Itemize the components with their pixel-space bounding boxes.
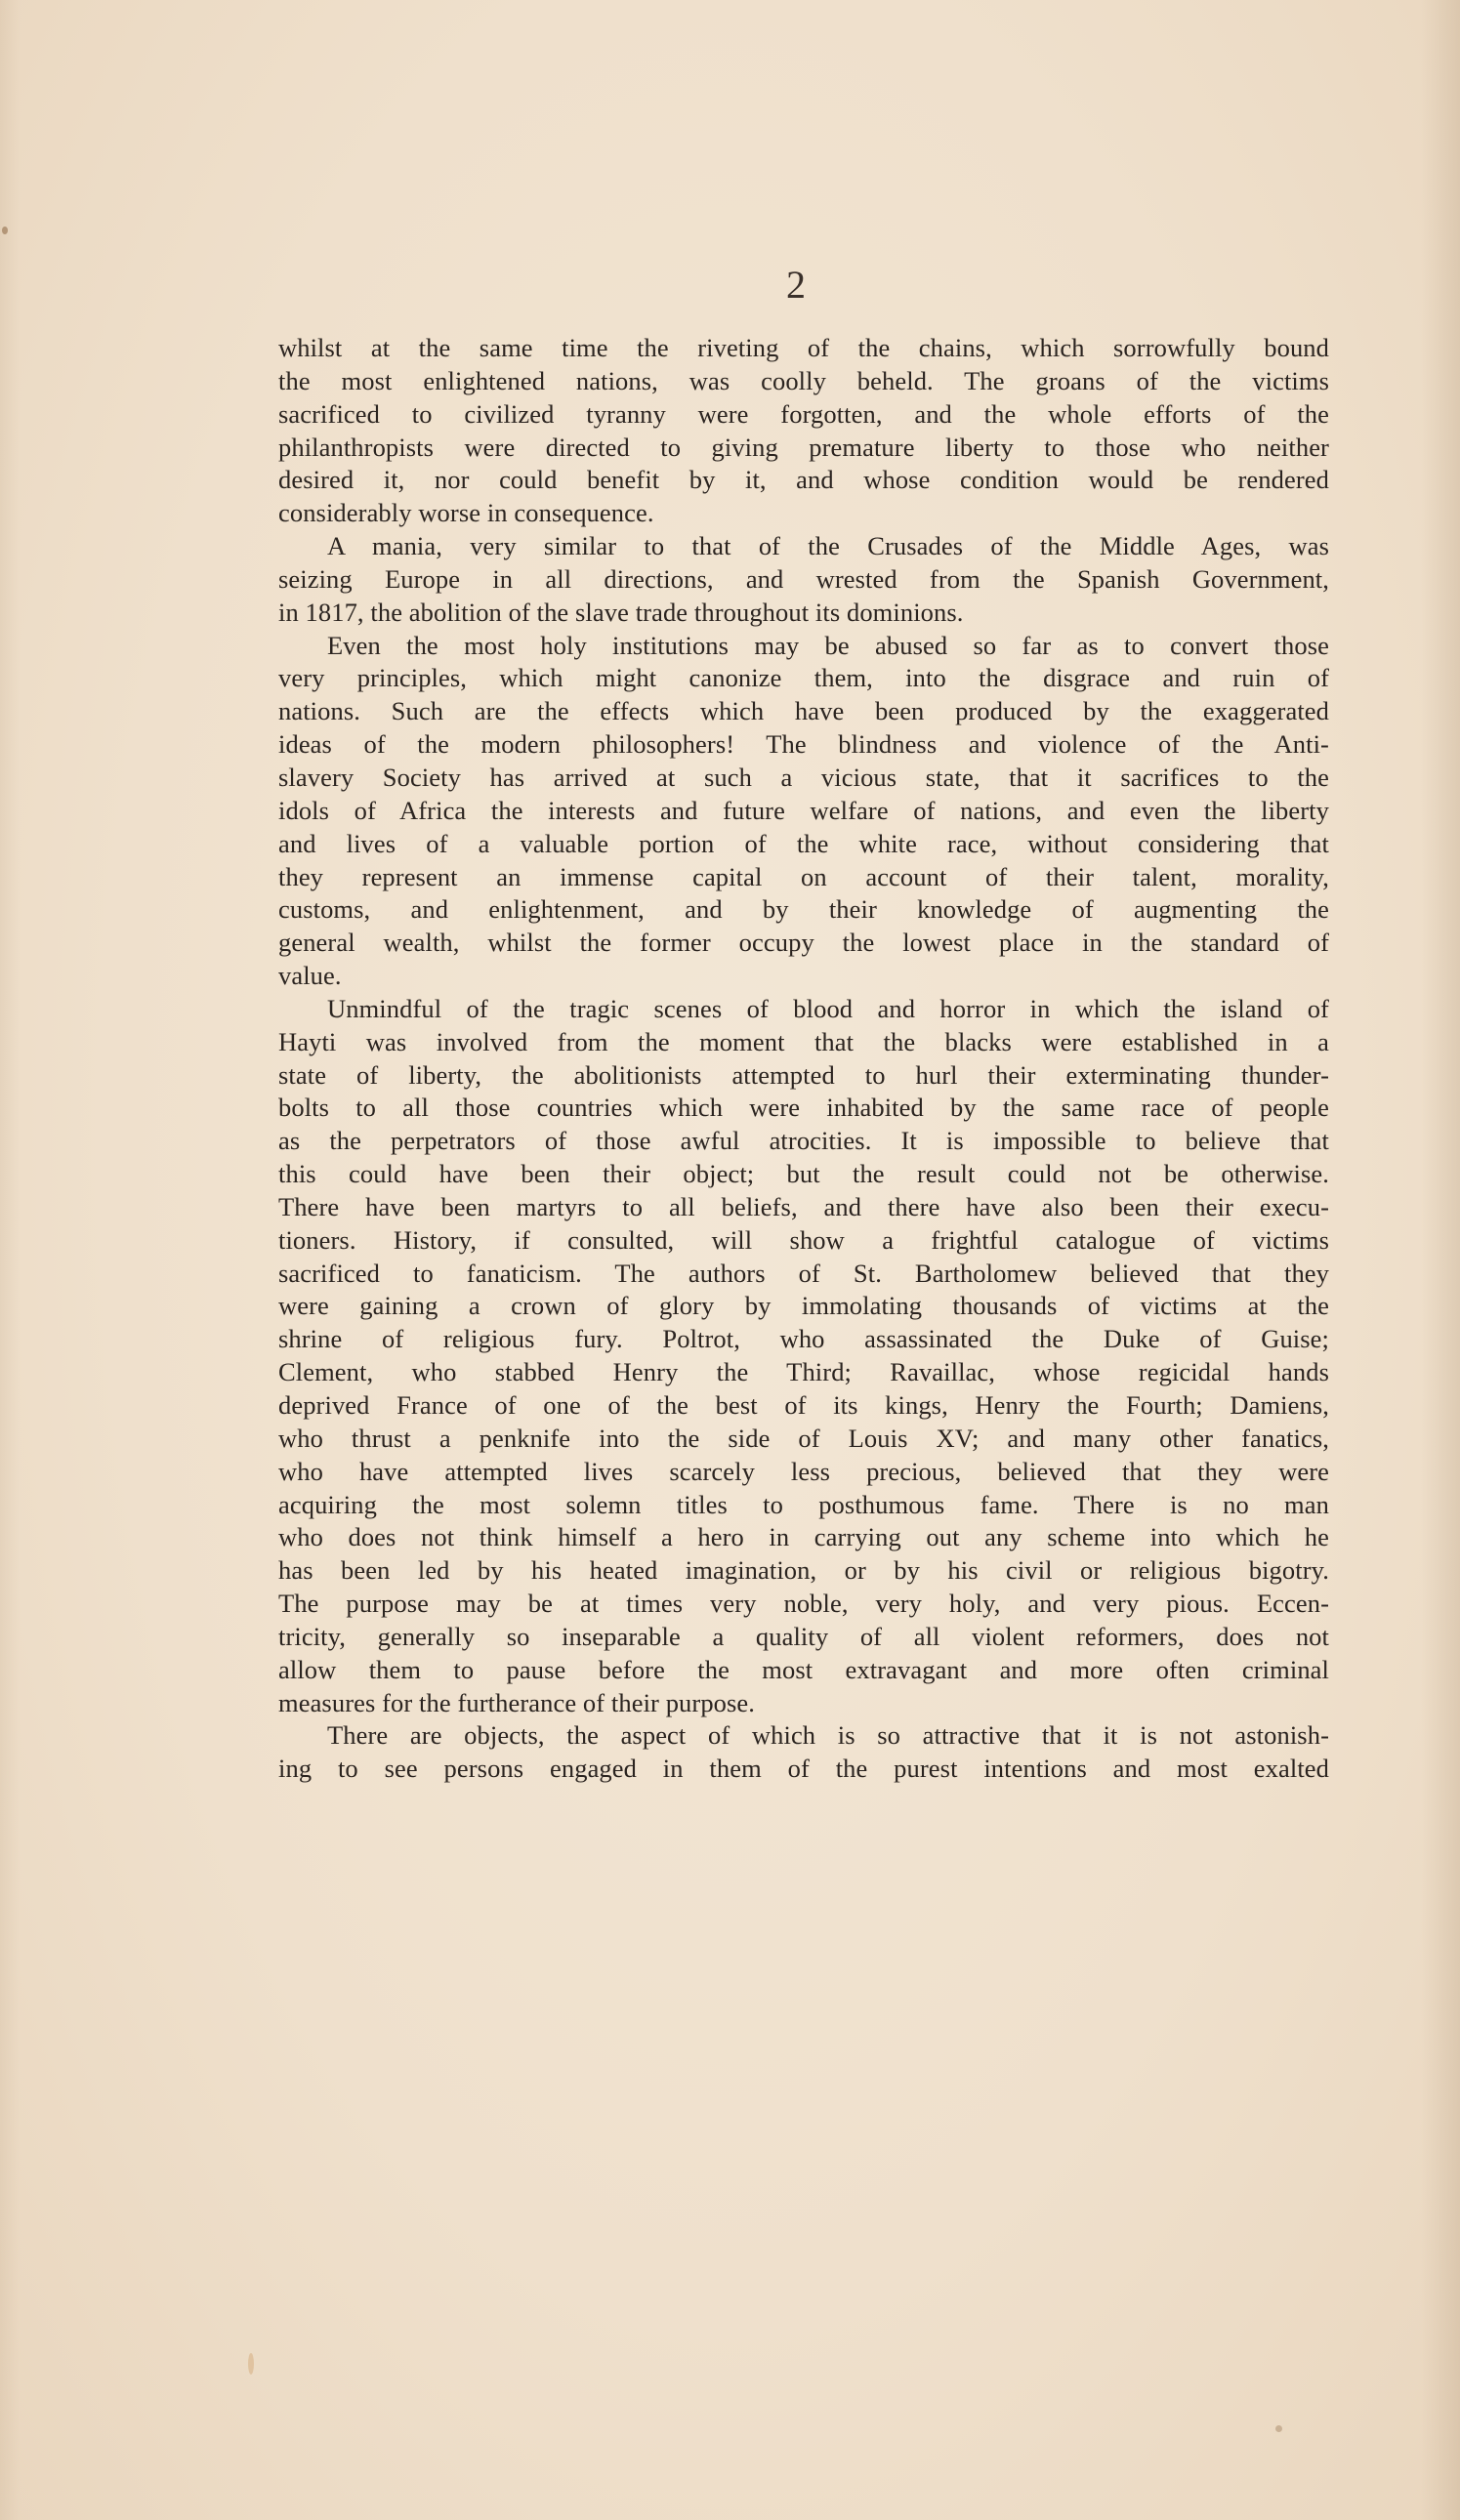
text-line: who does not think himself a hero in car… (278, 1521, 1329, 1554)
text-line: tioners. History, if consulted, will sho… (278, 1224, 1329, 1258)
text-line: The purpose may be at times very noble, … (278, 1588, 1329, 1621)
text-line: has been led by his heated imagination, … (278, 1554, 1329, 1588)
paper-stain (248, 2353, 254, 2375)
text-line: shrine of religious fury. Poltrot, who a… (278, 1323, 1329, 1356)
text-line: A mania, very similar to that of the Cru… (278, 530, 1329, 563)
text-line: philanthropists were directed to giving … (278, 432, 1329, 465)
text-line: Clement, who stabbed Henry the Third; Ra… (278, 1356, 1329, 1389)
text-line: this could have been their object; but t… (278, 1158, 1329, 1191)
text-line: There have been martyrs to all beliefs, … (278, 1191, 1329, 1224)
text-line: ing to see persons engaged in them of th… (278, 1753, 1329, 1786)
text-line: idols of Africa the interests and future… (278, 795, 1329, 828)
text-line: Hayti was involved from the moment that … (278, 1026, 1329, 1059)
text-line: state of liberty, the abolitionists atte… (278, 1059, 1329, 1093)
page-gutter-shadow (0, 0, 20, 2520)
text-line: bolts to all those countries which were … (278, 1092, 1329, 1125)
text-line: measures for the furtherance of their pu… (278, 1687, 1329, 1720)
text-line: and lives of a valuable portion of the w… (278, 828, 1329, 861)
text-line: tricity, generally so inseparable a qual… (278, 1621, 1329, 1654)
text-line: very principles, which might canonize th… (278, 662, 1329, 695)
text-line: Unmindful of the tragic scenes of blood … (278, 993, 1329, 1026)
text-line: the most enlightened nations, was coolly… (278, 365, 1329, 398)
text-line: as the perpetrators of those awful atroc… (278, 1125, 1329, 1158)
text-line: seizing Europe in all directions, and wr… (278, 563, 1329, 597)
text-line: There are objects, the aspect of which i… (278, 1719, 1329, 1753)
text-line: general wealth, whilst the former occupy… (278, 927, 1329, 960)
text-line: acquiring the most solemn titles to post… (278, 1489, 1329, 1522)
paragraph-hayti: Unmindful of the tragic scenes of blood … (278, 993, 1329, 1720)
text-line: sacrificed to fanaticism. The authors of… (278, 1258, 1329, 1291)
text-line: Even the most holy institutions may be a… (278, 630, 1329, 663)
text-line: in 1817, the abolition of the slave trad… (278, 597, 1329, 630)
text-line: were gaining a crown of glory by immolat… (278, 1290, 1329, 1323)
text-line: considerably worse in consequence. (278, 497, 1329, 530)
text-line: value. (278, 960, 1329, 993)
page-number: 2 (0, 262, 1460, 309)
text-line: nations. Such are the effects which have… (278, 695, 1329, 728)
text-line: customs, and enlightenment, and by their… (278, 893, 1329, 927)
paragraph-holy-institutions: Even the most holy institutions may be a… (278, 630, 1329, 993)
paragraph-attractive-objects: There are objects, the aspect of which i… (278, 1719, 1329, 1786)
page-edge-shadow (1421, 0, 1460, 2520)
paragraph-crusades-mania: A mania, very similar to that of the Cru… (278, 530, 1329, 630)
text-line: who thrust a penknife into the side of L… (278, 1423, 1329, 1456)
text-line: slavery Society has arrived at such a vi… (278, 762, 1329, 795)
text-line: who have attempted lives scarcely less p… (278, 1456, 1329, 1489)
text-line: desired it, nor could benefit by it, and… (278, 464, 1329, 497)
paper-blemish (2, 227, 8, 234)
body-text: whilst at the same time the riveting of … (278, 332, 1329, 1786)
paragraph-continuation: whilst at the same time the riveting of … (278, 332, 1329, 530)
text-line: whilst at the same time the riveting of … (278, 332, 1329, 365)
text-line: they represent an immense capital on acc… (278, 861, 1329, 894)
text-line: sacrificed to civilized tyranny were for… (278, 398, 1329, 432)
text-line: allow them to pause before the most extr… (278, 1654, 1329, 1687)
text-line: deprived France of one of the best of it… (278, 1389, 1329, 1423)
paper-blemish (1275, 2425, 1282, 2432)
text-line: ideas of the modern philosophers! The bl… (278, 728, 1329, 762)
